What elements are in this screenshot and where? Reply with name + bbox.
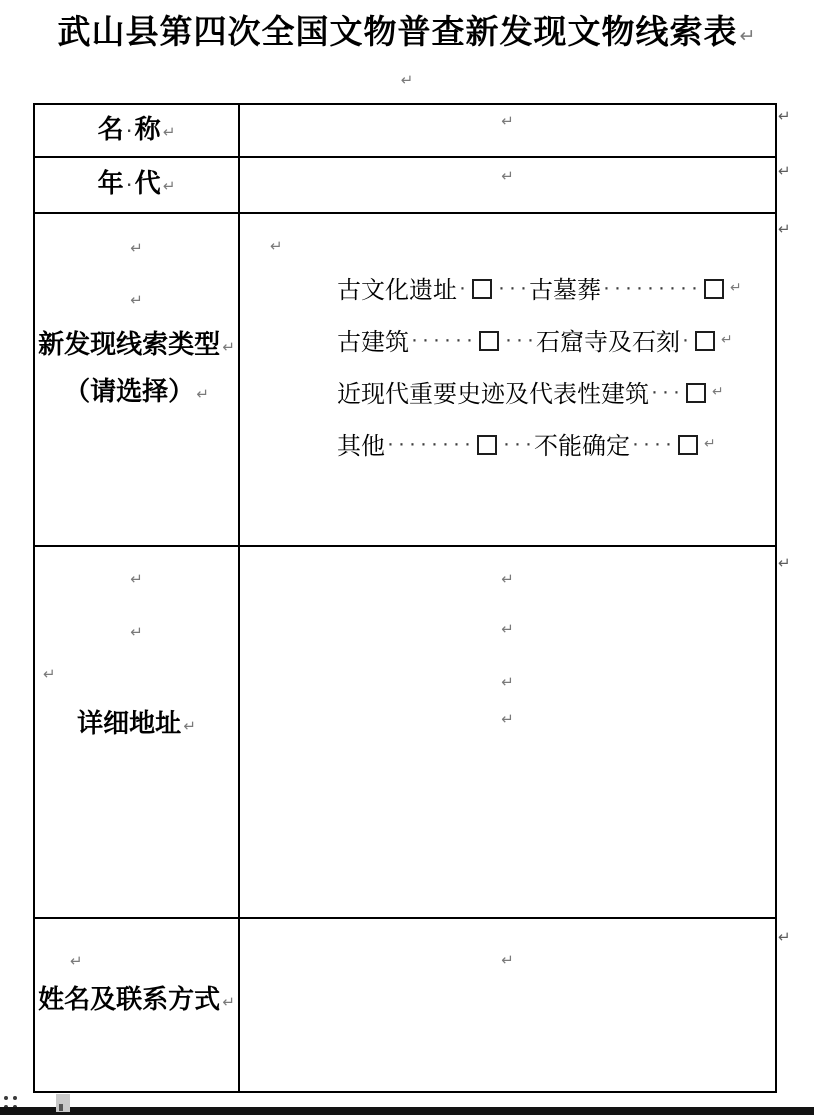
label-text: （请选择）	[64, 376, 194, 406]
space-mark-icon: ·	[645, 274, 656, 300]
label-text: 古墓葬	[529, 270, 601, 305]
paragraph-mark: ↵	[240, 711, 775, 729]
space-mark-icon: ·	[601, 274, 612, 300]
pilcrow-icon: ↵	[130, 624, 143, 641]
pilcrow-icon: ↵	[43, 666, 56, 683]
space-mark-icon: ·	[689, 274, 700, 300]
space-mark-icon: ·	[623, 274, 634, 300]
checkbox[interactable]	[695, 331, 715, 351]
name-label-cell: 名·称↵	[35, 105, 240, 158]
pilcrow-icon: ↵	[130, 292, 143, 309]
label-text: 年	[98, 168, 124, 198]
paragraph-mark: ↵	[240, 674, 775, 692]
clue-form-table: 名·称↵ ↵ 年·代↵ ↵ ↵ ↵ 新发现线索类型↵ （请选择）↵ ↵ 古文化遗…	[33, 103, 777, 1093]
label-text: 姓名及联系方式	[38, 984, 220, 1014]
space-mark-icon: ·	[418, 430, 429, 456]
pilcrow-icon: ↵	[778, 163, 791, 180]
type-label-line1: 新发现线索类型↵	[35, 326, 238, 366]
paragraph-mark: ↵	[43, 666, 56, 684]
contact-label: 姓名及联系方式↵	[35, 981, 238, 1021]
type-options-cell: ↵ 古文化遗址····古墓葬·········↵ 古建筑·········石窟寺…	[240, 214, 775, 547]
era-label: 年·代↵	[35, 165, 238, 205]
pilcrow-icon: ↵	[712, 383, 724, 400]
pilcrow-icon: ↵	[730, 279, 742, 296]
label-text: 其他	[337, 426, 385, 461]
label-text: 称	[135, 114, 161, 144]
paragraph-mark: ↵	[240, 571, 775, 589]
pilcrow-icon: ↵	[501, 711, 514, 728]
row-end-mark: ↵	[778, 221, 791, 239]
space-mark-icon: ·	[518, 274, 529, 300]
space-mark-icon: ·	[442, 326, 453, 352]
space-mark-icon: ·	[630, 430, 641, 456]
pilcrow-icon: ↵	[196, 386, 209, 403]
pilcrow-icon: ↵	[501, 168, 514, 185]
pilcrow-icon: ↵	[704, 435, 716, 452]
paragraph-mark: ↵	[270, 238, 283, 256]
option-line-other-unsure: 其他···········不能确定····↵	[337, 417, 742, 469]
type-label-cell: ↵ ↵ 新发现线索类型↵ （请选择）↵	[35, 214, 240, 547]
space-mark-icon: ·	[656, 274, 667, 300]
row-end-mark: ↵	[778, 555, 791, 573]
address-label: 详细地址↵	[35, 705, 238, 745]
row-end-mark: ↵	[778, 929, 791, 947]
space-mark-icon: ·	[451, 430, 462, 456]
space-mark-icon: ·	[660, 378, 671, 404]
space-mark-icon: ·	[453, 326, 464, 352]
clipped-paragraph-mark	[56, 1094, 70, 1112]
pilcrow-icon: ↵	[222, 994, 235, 1011]
paragraph-mark: ↵	[0, 72, 814, 90]
paragraph-mark: ↵	[240, 952, 775, 970]
space-mark-icon: ·	[652, 430, 663, 456]
pilcrow-icon: ↵	[130, 240, 143, 257]
pilcrow-icon: ↵	[739, 26, 756, 47]
paragraph-mark: ↵	[70, 953, 83, 971]
space-mark-icon: ·	[649, 378, 660, 404]
option-line-modern-historic: 近现代重要史迹及代表性建筑···↵	[337, 365, 742, 417]
checkbox[interactable]	[477, 435, 497, 455]
pilcrow-icon: ↵	[778, 555, 791, 572]
label-text: 古建筑	[337, 322, 409, 357]
pilcrow-icon: ↵	[501, 621, 514, 638]
space-mark-icon: ·	[612, 274, 623, 300]
space-mark-icon: ·	[641, 430, 652, 456]
space-mark-icon: ·	[680, 326, 691, 352]
paragraph-mark: ↵	[240, 168, 775, 186]
label-text: 武山县第四次全国文物普查新发现文物线索表	[57, 13, 737, 50]
page-title: 武山县第四次全国文物普查新发现文物线索表↵	[0, 6, 814, 53]
pilcrow-icon: ↵	[222, 339, 235, 356]
space-mark-icon: ·	[420, 326, 431, 352]
space-mark-icon: ·	[385, 430, 396, 456]
checkbox[interactable]	[479, 331, 499, 351]
space-mark-icon: ·	[525, 326, 536, 352]
space-mark-icon: ·	[431, 326, 442, 352]
era-label-cell: 年·代↵	[35, 158, 240, 214]
name-label: 名·称↵	[35, 111, 238, 151]
pilcrow-icon: ↵	[401, 72, 414, 89]
paragraph-mark: ↵	[35, 624, 238, 642]
space-mark-icon: ·	[523, 430, 534, 456]
pilcrow-icon: ↵	[501, 113, 514, 130]
space-mark-icon: ·	[512, 430, 523, 456]
pilcrow-icon: ↵	[501, 674, 514, 691]
pilcrow-icon: ↵	[778, 929, 791, 946]
space-mark-icon: ·	[429, 430, 440, 456]
space-mark-icon: ·	[634, 274, 645, 300]
space-mark-icon: ·	[440, 430, 451, 456]
label-text: 名	[98, 114, 124, 144]
space-mark-icon: ·	[457, 274, 468, 300]
space-mark-icon: ·	[678, 274, 689, 300]
space-mark-icon: ·	[507, 274, 518, 300]
pilcrow-icon: ↵	[163, 124, 176, 141]
space-mark-icon: ·	[407, 430, 418, 456]
paragraph-mark: ↵	[35, 571, 238, 589]
pilcrow-icon: ↵	[778, 221, 791, 238]
pilcrow-icon: ↵	[183, 718, 196, 735]
label-text: 近现代重要史迹及代表性建筑	[337, 374, 649, 409]
paragraph-mark: ↵	[240, 113, 775, 131]
space-mark-icon: ·	[496, 274, 507, 300]
paragraph-mark: ↵	[35, 240, 238, 258]
checkbox[interactable]	[472, 279, 492, 299]
label-text: 古文化遗址	[337, 270, 457, 305]
space-mark-icon: ·	[663, 430, 674, 456]
type-label-line2: （请选择）↵	[35, 373, 238, 413]
pilcrow-icon: ↵	[501, 571, 514, 588]
space-mark-icon: ·	[464, 326, 475, 352]
row-end-mark: ↵	[778, 163, 791, 181]
label-text: 详细地址	[77, 708, 181, 738]
pilcrow-icon: ↵	[163, 178, 176, 195]
paragraph-mark: ↵	[240, 621, 775, 639]
name-input-cell[interactable]: ↵	[240, 105, 775, 158]
address-label-cell: ↵ ↵ ↵ 详细地址↵	[35, 547, 240, 919]
address-input-cell[interactable]: ↵ ↵ ↵ ↵	[240, 547, 775, 919]
pilcrow-icon: ↵	[70, 953, 83, 970]
checkbox[interactable]	[704, 279, 724, 299]
space-mark-icon: ·	[396, 430, 407, 456]
space-mark-icon: ·	[124, 165, 135, 201]
contact-label-cell: ↵ 姓名及联系方式↵	[35, 919, 240, 1091]
pilcrow-icon: ↵	[501, 952, 514, 969]
paragraph-mark: ↵	[35, 292, 238, 310]
space-mark-icon: ·	[514, 326, 525, 352]
space-mark-icon: ·	[462, 430, 473, 456]
label-text: 石窟寺及石刻	[536, 322, 680, 357]
pilcrow-icon: ↵	[778, 108, 791, 125]
option-line-ancient-site-tomb: 古文化遗址····古墓葬·········↵	[337, 261, 742, 313]
page-edge-bar	[0, 1107, 814, 1115]
pilcrow-icon: ↵	[721, 331, 733, 348]
space-mark-icon: ·	[124, 111, 135, 147]
checkbox[interactable]	[686, 383, 706, 403]
option-line-building-grotto: 古建筑·········石窟寺及石刻·↵	[337, 313, 742, 365]
label-text: 新发现线索类型	[38, 329, 220, 359]
space-mark-icon: ·	[671, 378, 682, 404]
space-mark-icon: ·	[501, 430, 512, 456]
space-mark-icon: ·	[667, 274, 678, 300]
pilcrow-icon: ↵	[130, 571, 143, 588]
era-input-cell[interactable]: ↵	[240, 158, 775, 214]
row-end-mark: ↵	[778, 108, 791, 126]
checkbox-option-list: 古文化遗址····古墓葬·········↵ 古建筑·········石窟寺及石…	[337, 261, 742, 469]
checkbox[interactable]	[678, 435, 698, 455]
label-text: 代	[135, 168, 161, 198]
space-mark-icon: ·	[503, 326, 514, 352]
label-text: 不能确定	[534, 426, 630, 461]
pilcrow-icon: ↵	[270, 238, 283, 255]
contact-input-cell[interactable]: ↵	[240, 919, 775, 1091]
space-mark-icon: ·	[409, 326, 420, 352]
